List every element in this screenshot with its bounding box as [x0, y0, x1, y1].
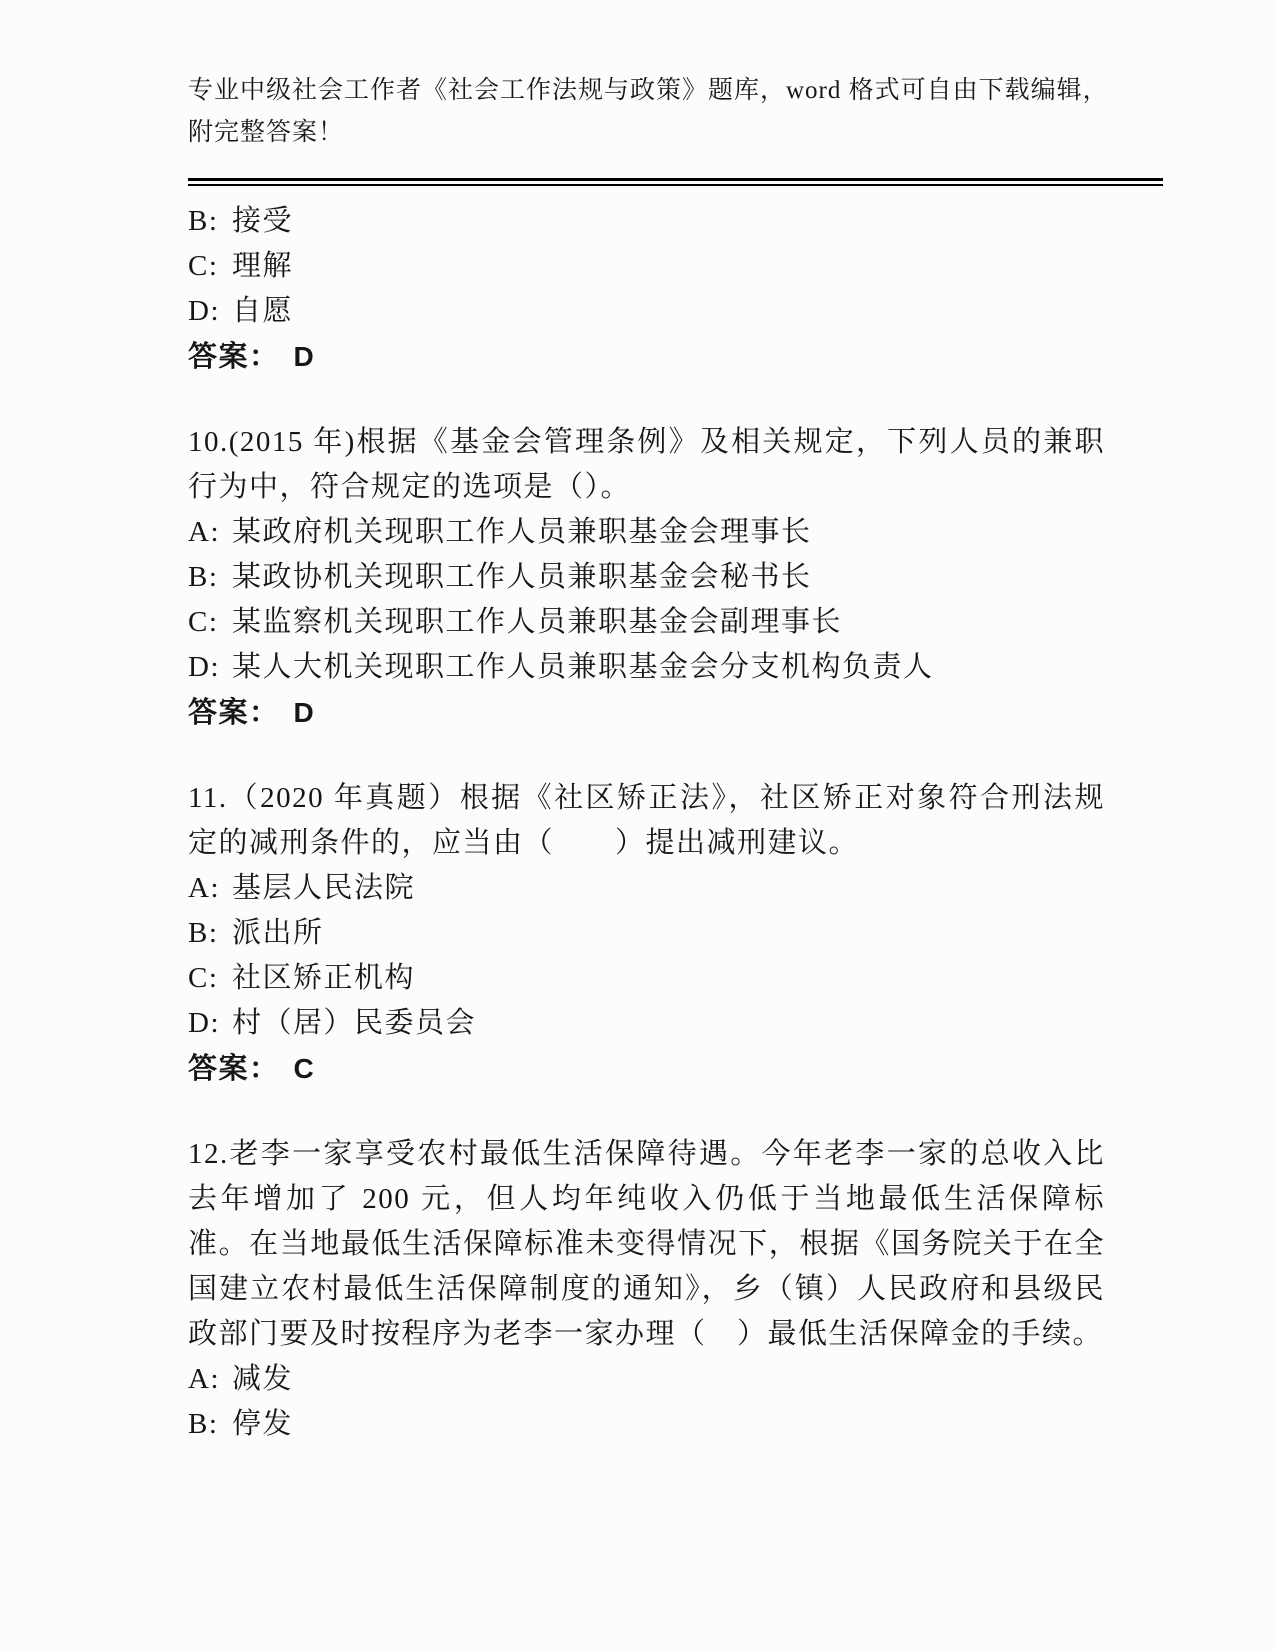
option-row: C:社区矫正机构: [188, 956, 1105, 1001]
option-row: D:村（居）民委员会: [188, 1001, 1105, 1046]
page-content: 专业中级社会工作者《社会工作法规与政策》题库，word 格式可自由下载编辑， 附…: [0, 0, 1105, 1447]
answer-row: 答案：D: [188, 334, 1105, 380]
option-label: C:: [188, 244, 232, 289]
answer-row: 答案：D: [188, 690, 1105, 736]
option-text: 村（居）民委员会: [232, 1007, 476, 1039]
option-text: 某监察机关现职工作人员兼职基金会副理事长: [232, 606, 842, 638]
option-row: B:接受: [188, 199, 1105, 244]
option-row: C:理解: [188, 244, 1105, 289]
answer-value: D: [294, 697, 316, 728]
option-label: A:: [188, 866, 232, 911]
question-block-11: 11.（2020 年真题）根据《社区矫正法》，社区矫正对象符合刑法规定的减刑条件…: [188, 776, 1105, 1092]
option-text: 某政府机关现职工作人员兼职基金会理事长: [232, 516, 812, 548]
option-label: B:: [188, 911, 232, 956]
answer-value: D: [294, 341, 316, 372]
question-stem: 10.(2015 年)根据《基金会管理条例》及相关规定，下列人员的兼职行为中，符…: [188, 420, 1105, 510]
option-row: C:某监察机关现职工作人员兼职基金会副理事长: [188, 600, 1105, 645]
question-number: 12.: [188, 1138, 229, 1170]
option-label: B:: [188, 199, 232, 244]
document-page: 专业中级社会工作者《社会工作法规与政策》题库，word 格式可自由下载编辑， 附…: [0, 0, 1275, 1650]
option-text: 某政协机关现职工作人员兼职基金会秘书长: [232, 561, 812, 593]
double-rule: [188, 178, 1163, 186]
option-label: B:: [188, 555, 232, 600]
answer-value: C: [294, 1053, 316, 1084]
option-row: A:基层人民法院: [188, 866, 1105, 911]
option-row: D:某人大机关现职工作人员兼职基金会分支机构负责人: [188, 645, 1105, 690]
question-stem: 12.老李一家享受农村最低生活保障待遇。今年老李一家的总收入比去年增加了 200…: [188, 1132, 1105, 1357]
answer-label: 答案：: [188, 697, 280, 729]
question-stem: 11.（2020 年真题）根据《社区矫正法》，社区矫正对象符合刑法规定的减刑条件…: [188, 776, 1105, 866]
option-text: 自愿: [232, 295, 293, 327]
answer-row: 答案：C: [188, 1046, 1105, 1092]
option-text: 理解: [232, 250, 293, 282]
option-text: 某人大机关现职工作人员兼职基金会分支机构负责人: [232, 651, 934, 683]
stem-text: 老李一家享受农村最低生活保障待遇。今年老李一家的总收入比去年增加了 200 元，…: [188, 1138, 1105, 1350]
option-text: 停发: [232, 1408, 293, 1440]
option-row: B:某政协机关现职工作人员兼职基金会秘书长: [188, 555, 1105, 600]
option-label: D:: [188, 1001, 232, 1046]
option-label: C:: [188, 956, 232, 1001]
question-number: 10.: [188, 426, 229, 458]
option-row: B:派出所: [188, 911, 1105, 956]
question-block-10: 10.(2015 年)根据《基金会管理条例》及相关规定，下列人员的兼职行为中，符…: [188, 420, 1105, 736]
carryover-question-block: B:接受 C:理解 D:自愿 答案：D: [188, 199, 1105, 380]
option-row: A:减发: [188, 1357, 1105, 1402]
option-text: 社区矫正机构: [232, 962, 415, 994]
option-label: D:: [188, 645, 232, 690]
option-label: A:: [188, 1357, 232, 1402]
option-text: 基层人民法院: [232, 872, 415, 904]
header-line-2: 附完整答案！: [188, 112, 1105, 154]
option-label: B:: [188, 1402, 232, 1447]
stem-text: （2020 年真题）根据《社区矫正法》，社区矫正对象符合刑法规定的减刑条件的，应…: [188, 782, 1105, 859]
option-text: 派出所: [232, 917, 324, 949]
question-block-12: 12.老李一家享受农村最低生活保障待遇。今年老李一家的总收入比去年增加了 200…: [188, 1132, 1105, 1447]
option-label: D:: [188, 289, 232, 334]
option-text: 减发: [232, 1363, 293, 1395]
option-row: D:自愿: [188, 289, 1105, 334]
question-number: 11.: [188, 782, 228, 814]
option-label: C:: [188, 600, 232, 645]
stem-text: (2015 年)根据《基金会管理条例》及相关规定，下列人员的兼职行为中，符合规定…: [188, 426, 1105, 503]
option-label: A:: [188, 510, 232, 555]
option-text: 接受: [232, 205, 293, 237]
header-line-1: 专业中级社会工作者《社会工作法规与政策》题库，word 格式可自由下载编辑，: [188, 70, 1105, 112]
option-row: A:某政府机关现职工作人员兼职基金会理事长: [188, 510, 1105, 555]
answer-label: 答案：: [188, 1053, 280, 1085]
option-row: B:停发: [188, 1402, 1105, 1447]
answer-label: 答案：: [188, 341, 280, 373]
